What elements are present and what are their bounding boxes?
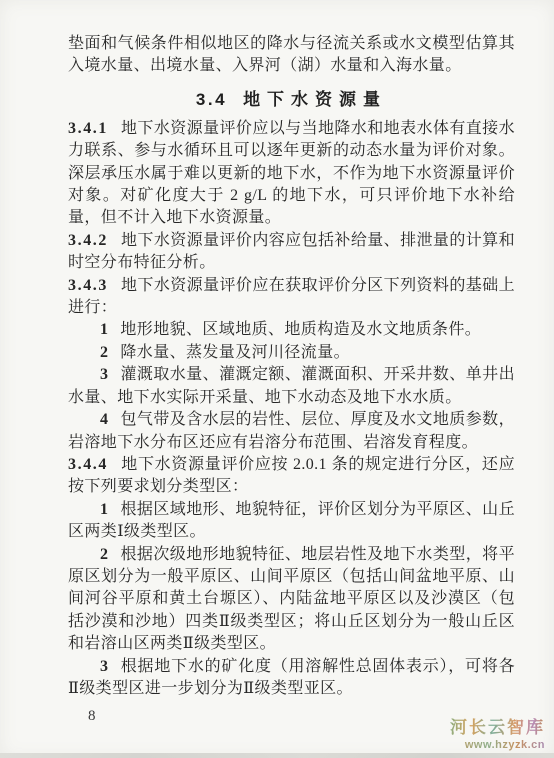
item-number: 1 bbox=[100, 321, 108, 338]
clause-text: 地下水资源量评价应在获取评价分区下列资料的基础上进行： bbox=[68, 277, 515, 316]
watermark-url: www.hzyzk.cn bbox=[450, 739, 545, 751]
section-heading: 3.4地下水资源量 bbox=[68, 85, 515, 110]
item-number: 4 bbox=[100, 411, 108, 428]
item-text: 地形地貌、区域地质、地质构造及水文地质条件。 bbox=[120, 321, 481, 338]
scan-edge-shadow bbox=[0, 753, 554, 758]
clause-3-4-2: 3.4.2地下水资源量评价内容应包括补给量、排泄量的计算和时空分布特征分析。 bbox=[68, 230, 515, 275]
item-number: 2 bbox=[100, 344, 108, 361]
clause-number: 3.4.1 bbox=[68, 120, 108, 137]
clause-text: 地下水资源量评价内容应包括补给量、排泄量的计算和时空分布特征分析。 bbox=[68, 232, 515, 271]
item-text: 根据次级地形地貌特征、地层岩性及地下水类型，将平原区划分为一般平原区、山间平原区… bbox=[68, 546, 515, 653]
item-text: 灌溉取水量、灌溉定额、灌溉面积、开采井数、单井出水量、地下水实际开采量、地下水动… bbox=[68, 366, 515, 405]
item-number: 3 bbox=[100, 658, 108, 675]
clause-number: 3.4.4 bbox=[68, 456, 108, 473]
list-item: 1根据区域地形、地貌特征，评价区划分为平原区、山丘区两类Ⅰ级类型区。 bbox=[68, 499, 515, 544]
item-text: 包气带及含水层的岩性、层位、厚度及水文地质参数，岩溶地下水分布区还应有岩溶分布范… bbox=[68, 411, 515, 450]
clause-3-4-1: 3.4.1地下水资源量评价应以与当地降水和地表水体有直接水力联系、参与水循环且可… bbox=[68, 118, 515, 230]
clause-3-4-3: 3.4.3地下水资源量评价应在获取评价分区下列资料的基础上进行： bbox=[68, 275, 515, 320]
clause-number: 3.4.2 bbox=[68, 232, 108, 249]
section-title: 地下水资源量 bbox=[243, 90, 387, 109]
list-item: 1地形地貌、区域地质、地质构造及水文地质条件。 bbox=[68, 319, 515, 341]
item-number: 1 bbox=[100, 501, 108, 518]
item-text: 根据地下水的矿化度（用溶解性总固体表示），可将各Ⅱ级类型区进一步划分为Ⅱ级类型亚… bbox=[68, 658, 515, 697]
item-text: 降水量、蒸发量及河川径流量。 bbox=[120, 344, 350, 361]
item-number: 3 bbox=[100, 366, 108, 383]
list-item: 2降水量、蒸发量及河川径流量。 bbox=[68, 342, 515, 364]
scanned-document-page: 垫面和气候条件相似地区的降水与径流关系或水文模型估算其入境水量、出境水量、入界河… bbox=[0, 0, 554, 758]
watermark-title: 河长云智库 bbox=[450, 713, 545, 738]
item-number: 2 bbox=[100, 546, 108, 563]
clause-text: 地下水资源量评价应按 2.0.1 条的规定进行分区，还应按下列要求划分类型区： bbox=[68, 456, 515, 495]
watermark: 河长云智库 www.hzyzk.cn bbox=[450, 713, 545, 751]
list-item: 4包气带及含水层的岩性、层位、厚度及水文地质参数，岩溶地下水分布区还应有岩溶分布… bbox=[68, 409, 515, 454]
clause-3-4-4: 3.4.4地下水资源量评价应按 2.0.1 条的规定进行分区，还应按下列要求划分… bbox=[68, 454, 515, 499]
clause-number: 3.4.3 bbox=[68, 277, 108, 294]
clause-text: 地下水资源量评价应以与当地降水和地表水体有直接水力联系、参与水循环且可以逐年更新… bbox=[68, 120, 515, 227]
intro-paragraph: 垫面和气候条件相似地区的降水与径流关系或水文模型估算其入境水量、出境水量、入界河… bbox=[68, 33, 515, 78]
list-item: 2根据次级地形地貌特征、地层岩性及地下水类型，将平原区划分为一般平原区、山间平原… bbox=[68, 544, 515, 656]
list-item: 3根据地下水的矿化度（用溶解性总固体表示），可将各Ⅱ级类型区进一步划分为Ⅱ级类型… bbox=[68, 656, 515, 701]
section-number: 3.4 bbox=[196, 90, 227, 109]
list-item: 3灌溉取水量、灌溉定额、灌溉面积、开采井数、单井出水量、地下水实际开采量、地下水… bbox=[68, 364, 515, 409]
page-content: 垫面和气候条件相似地区的降水与径流关系或水文模型估算其入境水量、出境水量、入界河… bbox=[68, 33, 515, 727]
item-text: 根据区域地形、地貌特征，评价区划分为平原区、山丘区两类Ⅰ级类型区。 bbox=[68, 501, 515, 540]
